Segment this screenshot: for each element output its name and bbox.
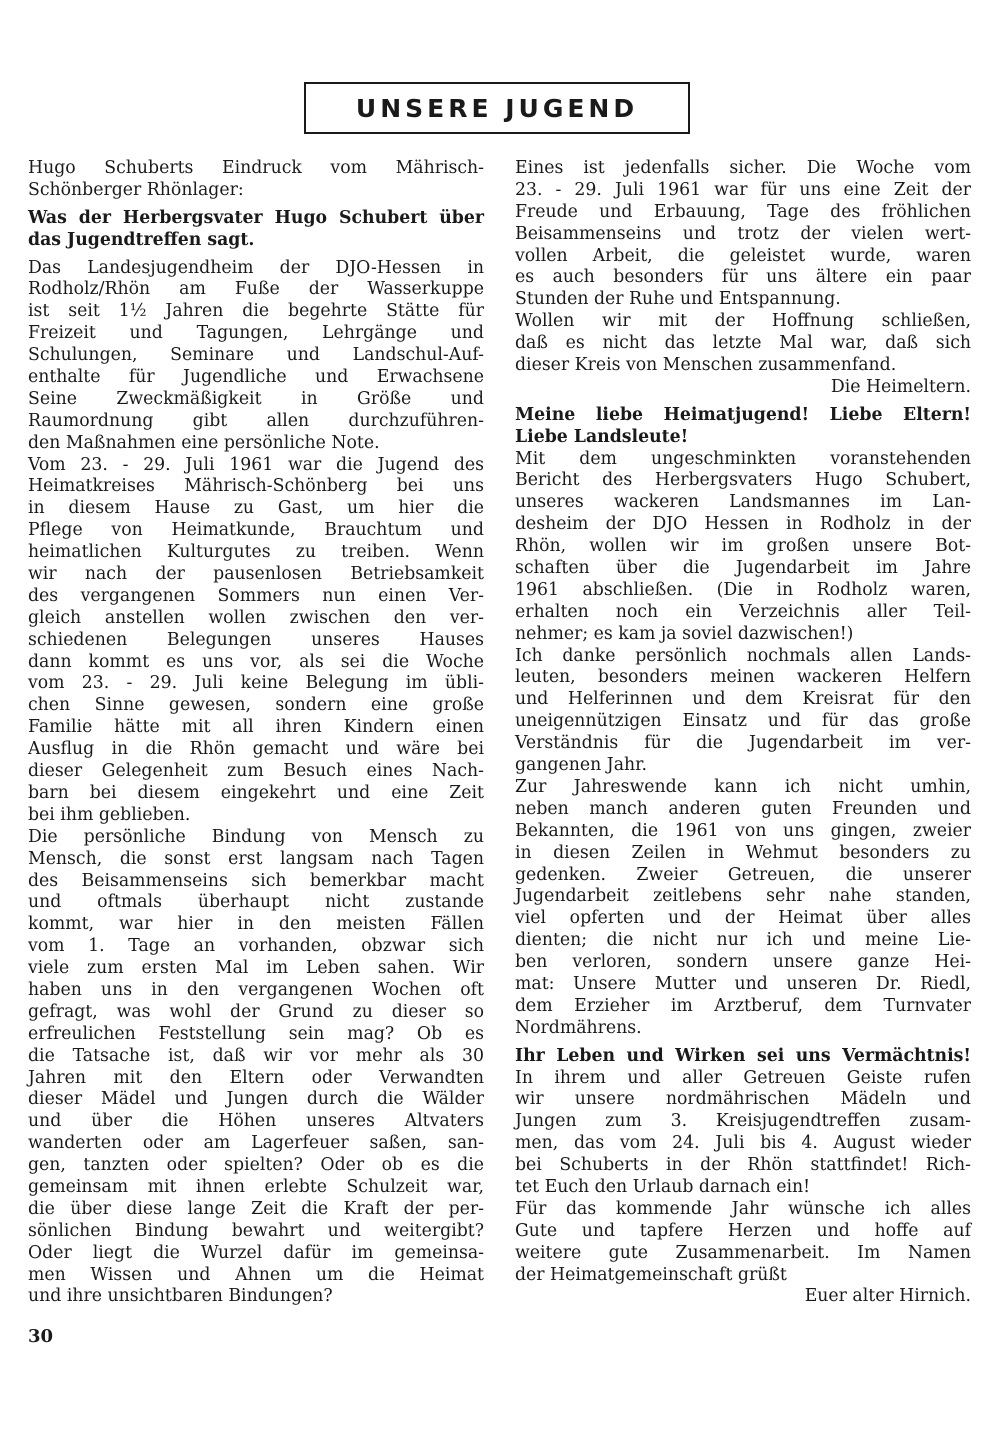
body-paragraph: Wollen wir mit der Hoffnung schließen,da…: [515, 311, 971, 377]
text-line: in diesen Zeilen in Wehmut besonders zu: [515, 843, 971, 865]
text-line: es auch besonders für uns ältere ein paa…: [515, 267, 971, 289]
text-line: mat: Unsere Mutter und unseren Dr. Riedl…: [515, 974, 971, 996]
text-line: viel opferten und der Heimat über alles: [515, 908, 971, 930]
greeting-heading: Meine liebe Heimatjugend! Liebe Eltern!L…: [515, 405, 971, 449]
text-line: das Jugendtreffen sagt.: [28, 230, 484, 252]
signature-hirnich: Euer alter Hirnich.: [515, 1286, 971, 1308]
text-line: und oftmals überhaupt nicht zustande: [28, 892, 484, 914]
text-line: haben uns in den vergangenen Wochen oft: [28, 980, 484, 1002]
text-line: des vergangenen Sommers nun einen Ver-: [28, 586, 484, 608]
text-line: Jungen zum 3. Kreisjugendtreffen zusam-: [515, 1111, 971, 1133]
text-line: der Heimatgemeinschaft grüßt: [515, 1265, 971, 1287]
page-number: 30: [28, 1326, 53, 1347]
legacy-heading: Ihr Leben und Wirken sei uns Vermächtnis…: [515, 1046, 971, 1068]
article-heading: Was der Herbergsvater Hugo Schubert über…: [28, 208, 484, 252]
text-line: Eines ist jedenfalls sicher. Die Woche v…: [515, 158, 971, 180]
text-line: dienten; die nicht nur ich und meine Lie…: [515, 930, 971, 952]
text-line: 1961 abschließen. (Die in Rodholz waren,: [515, 580, 971, 602]
text-line: leuten, besonders meinen wackeren Helfer…: [515, 667, 971, 689]
body-paragraph: Mit dem ungeschminkten voranstehendenBer…: [515, 449, 971, 646]
text-line: ist seit 1½ Jahren die begehrte Stätte f…: [28, 301, 484, 323]
text-line: Jugendarbeit zeitlebens sehr nahe stande…: [515, 886, 971, 908]
text-line: die über diese lange Zeit die Kraft der …: [28, 1199, 484, 1221]
text-line: Wollen wir mit der Hoffnung schließen,: [515, 311, 971, 333]
text-line: In ihrem und aller Getreuen Geiste rufen: [515, 1068, 971, 1090]
text-line: viele zum ersten Mal im Leben sahen. Wir: [28, 958, 484, 980]
text-line: Was der Herbergsvater Hugo Schubert über: [28, 208, 484, 230]
text-line: gefragt, was wohl der Grund zu dieser so: [28, 1002, 484, 1024]
body-paragraph: Das Landesjugendheim der DJO-Hessen inRo…: [28, 258, 484, 455]
text-line: Nordmährens.: [515, 1018, 971, 1040]
text-line: Rhön, wollen wir im großen unsere Bot-: [515, 536, 971, 558]
left-column: Hugo Schuberts Eindruck vom Mährisch-Sch…: [28, 158, 484, 1308]
text-line: Verständnis für die Jugendarbeit im ver-: [515, 733, 971, 755]
text-line: Seine Zweckmäßigkeit in Größe und: [28, 389, 484, 411]
text-line: neben manch anderen guten Freunden und: [515, 799, 971, 821]
text-line: Pflege von Heimatkunde, Brauchtum und: [28, 520, 484, 542]
text-line: dieser Mädel und Jungen durch die Wälder: [28, 1089, 484, 1111]
text-line: Für das kommende Jahr wünsche ich alles: [515, 1199, 971, 1221]
body-paragraph: Für das kommende Jahr wünsche ich allesG…: [515, 1199, 971, 1287]
text-line: in diesem Hause zu Gast, um hier die: [28, 498, 484, 520]
text-line: und Helferinnen und dem Kreisrat für den: [515, 689, 971, 711]
text-line: und über die Höhen unseres Altvaters: [28, 1111, 484, 1133]
text-line: den Maßnahmen eine persönliche Note.: [28, 433, 484, 455]
text-line: Jahren mit den Eltern oder Verwandten: [28, 1068, 484, 1090]
text-line: Hugo Schuberts Eindruck vom Mährisch-: [28, 158, 484, 180]
text-line: des Beisammenseins sich bemerkbar macht: [28, 871, 484, 893]
text-line: gedenken. Zweier Getreuen, die unserer: [515, 865, 971, 887]
text-line: Ich danke persönlich nochmals allen Land…: [515, 646, 971, 668]
text-line: Mensch, die sonst erst langsam nach Tage…: [28, 849, 484, 871]
text-line: Beisammenseins und trotz der vielen wert…: [515, 224, 971, 246]
text-line: schiedenen Belegungen unseres Hauses: [28, 630, 484, 652]
text-line: barn bei diesem eingekehrt und eine Zeit: [28, 783, 484, 805]
text-line: Liebe Landsleute!: [515, 427, 971, 449]
text-line: gangenen Jahr.: [515, 755, 971, 777]
text-line: schaften über die Jugendarbeit im Jahre: [515, 558, 971, 580]
text-line: Meine liebe Heimatjugend! Liebe Eltern!: [515, 405, 971, 427]
text-line: Freude und Erbauung, Tage des fröhlichen: [515, 202, 971, 224]
text-line: desheim der DJO Hessen in Rodholz in der: [515, 514, 971, 536]
text-line: Rodholz/Rhön am Fuße der Wasserkuppe: [28, 279, 484, 301]
text-line: dieser Kreis von Menschen zusammenfand.: [515, 355, 971, 377]
text-line: vom 23. - 29. Juli keine Belegung im übl…: [28, 673, 484, 695]
text-line: Bericht des Herbergsvaters Hugo Schubert…: [515, 470, 971, 492]
text-line: daß es nicht das letzte Mal war, daß sic…: [515, 333, 971, 355]
intro-paragraph: Hugo Schuberts Eindruck vom Mährisch-Sch…: [28, 158, 484, 202]
text-line: Schönberger Rhönlager:: [28, 180, 484, 202]
text-line: Oder liegt die Wurzel dafür im gemeinsa-: [28, 1243, 484, 1265]
text-line: dem Erzieher im Arztberuf, dem Turnvater: [515, 996, 971, 1018]
text-line: die Tatsache ist, daß wir vor mehr als 3…: [28, 1046, 484, 1068]
body-paragraph: Die persönliche Bindung von Mensch zuMen…: [28, 827, 484, 1309]
text-line: nehmer; es kam ja soviel dazwischen!): [515, 624, 971, 646]
text-line: Bekannten, die 1961 von uns gingen, zwei…: [515, 821, 971, 843]
text-line: erfreulichen Feststellung sein mag? Ob e…: [28, 1024, 484, 1046]
text-line: Heimatkreises Mährisch-Schönberg bei uns: [28, 476, 484, 498]
text-line: Freizeit und Tagungen, Lehrgänge und: [28, 323, 484, 345]
text-line: gleich anstellen wollen zwischen den ver…: [28, 608, 484, 630]
signature-heimeltern: Die Heimeltern.: [515, 377, 971, 399]
text-line: gemeinsam mit ihnen erlebte Schulzeit wa…: [28, 1177, 484, 1199]
text-line: kommt, war hier in den meisten Fällen: [28, 914, 484, 936]
text-line: und ihre unsichtbaren Bindungen?: [28, 1286, 484, 1308]
text-line: heimatlichen Kulturgutes zu treiben. Wen…: [28, 542, 484, 564]
text-line: Vom 23. - 29. Juli 1961 war die Jugend d…: [28, 455, 484, 477]
text-line: Familie hätte mit all ihren Kindern eine…: [28, 717, 484, 739]
text-line: Ausflug in die Rhön gemacht und wäre bei: [28, 739, 484, 761]
text-line: Zur Jahreswende kann ich nicht umhin,: [515, 777, 971, 799]
body-paragraph: Zur Jahreswende kann ich nicht umhin,neb…: [515, 777, 971, 1040]
text-line: wir nach der pausenlosen Betriebsamkeit: [28, 564, 484, 586]
text-line: Stunden der Ruhe und Entspannung.: [515, 289, 971, 311]
section-title-box: UNSERE JUGEND: [304, 82, 690, 134]
text-line: bei ihm geblieben.: [28, 805, 484, 827]
text-line: Das Landesjugendheim der DJO-Hessen in: [28, 258, 484, 280]
text-line: gen, tanzten oder spielten? Oder ob es d…: [28, 1155, 484, 1177]
text-line: vollen Arbeit, die geleistet wurde, ware…: [515, 246, 971, 268]
text-line: men, das vom 24. Juli bis 4. August wied…: [515, 1133, 971, 1155]
text-line: dieser Gelegenheit zum Besuch eines Nach…: [28, 761, 484, 783]
text-line: ben verloren, sondern unsere ganze Hei-: [515, 952, 971, 974]
body-paragraph: Vom 23. - 29. Juli 1961 war die Jugend d…: [28, 455, 484, 827]
text-line: uneigennützigen Einsatz und für das groß…: [515, 711, 971, 733]
right-column: Eines ist jedenfalls sicher. Die Woche v…: [515, 158, 971, 1308]
text-line: bei Schuberts in der Rhön stattfindet! R…: [515, 1155, 971, 1177]
text-line: erhalten noch ein Verzeichnis aller Teil…: [515, 602, 971, 624]
section-title: UNSERE JUGEND: [356, 94, 638, 123]
text-line: wir unsere nordmährischen Mädeln und: [515, 1089, 971, 1111]
text-line: enthalte für Jugendliche und Erwachsene: [28, 367, 484, 389]
text-line: men Wissen und Ahnen um die Heimat: [28, 1265, 484, 1287]
text-line: Mit dem ungeschminkten voranstehenden: [515, 449, 971, 471]
text-line: Die persönliche Bindung von Mensch zu: [28, 827, 484, 849]
text-line: wanderten oder am Lagerfeuer saßen, san-: [28, 1133, 484, 1155]
body-paragraph: Ich danke persönlich nochmals allen Land…: [515, 646, 971, 777]
body-paragraph: Eines ist jedenfalls sicher. Die Woche v…: [515, 158, 971, 311]
text-line: Schulungen, Seminare und Landschul-Auf-: [28, 345, 484, 367]
text-line: sönlichen Bindung bewahrt und weitergibt…: [28, 1221, 484, 1243]
text-line: Gute und tapfere Herzen und hoffe auf: [515, 1221, 971, 1243]
text-line: vom 1. Tage an vorhanden, obzwar sich: [28, 936, 484, 958]
text-line: 23. - 29. Juli 1961 war für uns eine Zei…: [515, 180, 971, 202]
text-line: Raumordnung gibt allen durchzuführen-: [28, 411, 484, 433]
text-line: tet Euch den Urlaub darnach ein!: [515, 1177, 971, 1199]
text-line: Ihr Leben und Wirken sei uns Vermächtnis…: [515, 1046, 971, 1068]
text-line: unseres wackeren Landsmannes im Lan-: [515, 492, 971, 514]
text-line: weitere gute Zusammenarbeit. Im Namen: [515, 1243, 971, 1265]
text-line: dann kommt es uns vor, als sei die Woche: [28, 652, 484, 674]
body-paragraph: In ihrem und aller Getreuen Geiste rufen…: [515, 1068, 971, 1199]
text-line: chen Sinne gewesen, sondern eine große: [28, 695, 484, 717]
